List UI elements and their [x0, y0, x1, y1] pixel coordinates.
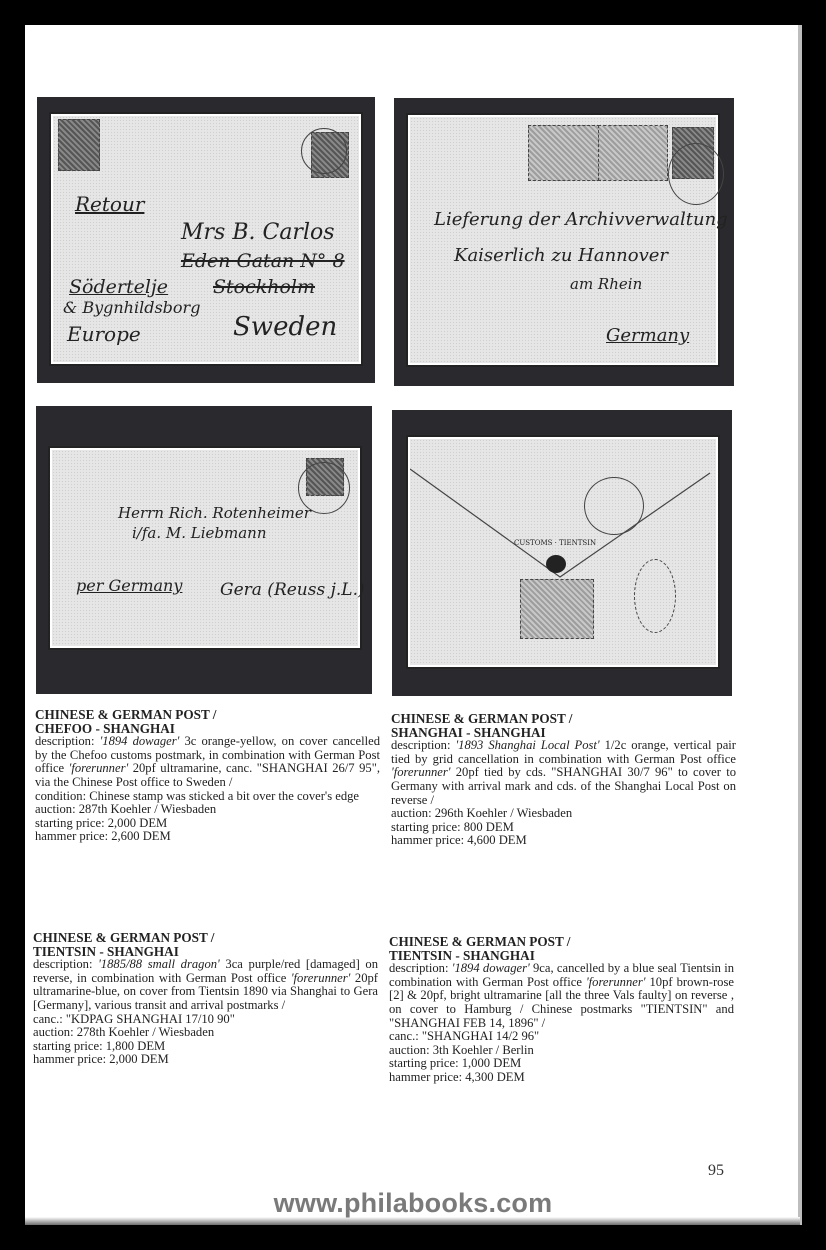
lot-route: CHEFOO - SHANGHAI	[35, 722, 380, 736]
lot-starting-price: starting price: 2,000 DEM	[35, 817, 380, 831]
envelope: Retour Mrs B. Carlos Eden Gatan N° 8 Söd…	[51, 114, 361, 364]
description-label: description:	[389, 961, 452, 975]
watermark-url: www.philabooks.com	[0, 1188, 826, 1219]
handwriting: Europe	[67, 322, 141, 346]
handwriting: Germany	[606, 325, 689, 346]
lot-auction: auction: 287th Koehler / Wiesbaden	[35, 803, 380, 817]
lot-description: description: '1894 dowager' 9ca, cancell…	[389, 962, 734, 1030]
envelope: CUSTOMS · TIENTSIN	[408, 437, 718, 667]
page-number: 95	[708, 1162, 724, 1180]
lot-caption: CHINESE & GERMAN POST / SHANGHAI - SHANG…	[391, 712, 736, 848]
handwriting: per Germany	[76, 576, 182, 595]
lot-title: CHINESE & GERMAN POST /	[33, 931, 378, 945]
stamp-shanghai-local-post	[528, 125, 600, 181]
description-label: description:	[35, 734, 100, 748]
lot-starting-price: starting price: 1,800 DEM	[33, 1040, 378, 1054]
forerunner: 'forerunner'	[69, 761, 129, 775]
handwriting: Eden Gatan N° 8	[181, 250, 345, 272]
lot-route: TIENTSIN - SHANGHAI	[33, 945, 378, 959]
handwriting: & Bygnhildsborg	[63, 298, 200, 317]
description-label: description:	[33, 957, 98, 971]
handwriting: Södertelje	[69, 276, 168, 298]
description-label: description:	[391, 738, 455, 752]
handwriting: Herrn Rich. Rotenheimer	[118, 504, 311, 522]
postmark	[301, 128, 347, 174]
photo-cover-tientsin-shanghai-reverse: CUSTOMS · TIENTSIN	[392, 410, 732, 696]
wax-seal	[546, 555, 566, 573]
lot-cancellation: canc.: "KDPAG SHANGHAI 17/10 90"	[33, 1013, 378, 1027]
lot-caption: CHINESE & GERMAN POST / TIENTSIN - SHANG…	[389, 935, 734, 1085]
lot-starting-price: starting price: 800 DEM	[391, 821, 736, 835]
lot-description: description: '1894 dowager' 3c orange-ye…	[35, 735, 380, 789]
photo-cover-tientsin-shanghai: Herrn Rich. Rotenheimer i/fa. M. Liebman…	[36, 406, 372, 694]
lot-auction: auction: 278th Koehler / Wiesbaden	[33, 1026, 378, 1040]
handwriting: Kaiserlich zu Hannover	[454, 245, 668, 266]
lot-hammer-price: hammer price: 2,000 DEM	[33, 1053, 378, 1067]
lot-hammer-price: hammer price: 4,300 DEM	[389, 1071, 734, 1085]
lot-description: description: '1893 Shanghai Local Post' …	[391, 739, 736, 807]
photo-cover-chefoo-shanghai: Retour Mrs B. Carlos Eden Gatan N° 8 Söd…	[37, 97, 375, 383]
handwriting: Lieferung der Archivverwaltung	[434, 209, 728, 230]
envelope: Herrn Rich. Rotenheimer i/fa. M. Liebman…	[50, 448, 360, 648]
lot-title: CHINESE & GERMAN POST /	[35, 708, 380, 722]
stamp-chinese-dowager	[520, 579, 594, 639]
postmark	[584, 477, 644, 535]
handwriting: Stockholm	[213, 276, 315, 298]
lot-condition: condition: Chinese stamp was sticked a b…	[35, 790, 380, 804]
stamp-issue: '1893 Shanghai Local Post'	[455, 738, 599, 752]
stamp-shanghai-local-post	[598, 125, 668, 181]
lot-route: SHANGHAI - SHANGHAI	[391, 726, 736, 740]
stamp-issue: '1885/88 small dragon'	[98, 957, 220, 971]
lot-auction: auction: 3th Koehler / Berlin	[389, 1044, 734, 1058]
lot-description: description: '1885/88 small dragon' 3ca …	[33, 958, 378, 1012]
lot-caption: CHINESE & GERMAN POST / CHEFOO - SHANGHA…	[35, 708, 380, 844]
stamp-issue: '1894 dowager'	[452, 961, 530, 975]
envelope: Lieferung der Archivverwaltung Kaiserlic…	[408, 115, 718, 365]
handwriting: Gera (Reuss j.L.)	[220, 580, 365, 600]
lot-caption: CHINESE & GERMAN POST / TIENTSIN - SHANG…	[33, 931, 378, 1067]
lot-route: TIENTSIN - SHANGHAI	[389, 949, 734, 963]
lot-hammer-price: hammer price: 4,600 DEM	[391, 834, 736, 848]
handwriting: i/fa. M. Liebmann	[132, 524, 267, 542]
postmark	[634, 559, 676, 633]
handwriting: am Rhein	[570, 275, 642, 293]
lot-auction: auction: 296th Koehler / Wiesbaden	[391, 807, 736, 821]
forerunner: 'forerunner'	[291, 971, 351, 985]
lot-title: CHINESE & GERMAN POST /	[391, 712, 736, 726]
lot-hammer-price: hammer price: 2,600 DEM	[35, 830, 380, 844]
stamp-issue: '1894 dowager'	[100, 734, 180, 748]
photo-cover-shanghai-shanghai: Lieferung der Archivverwaltung Kaiserlic…	[394, 98, 734, 386]
customs-mark: CUSTOMS · TIENTSIN	[514, 539, 596, 547]
lot-cancellation: canc.: "SHANGHAI 14/2 96"	[389, 1030, 734, 1044]
forerunner: 'forerunner'	[586, 975, 646, 989]
stamp-chinese	[58, 119, 100, 171]
handwriting: Retour	[75, 192, 144, 216]
handwriting: Mrs B. Carlos	[181, 220, 335, 245]
lot-title: CHINESE & GERMAN POST /	[389, 935, 734, 949]
handwriting: Sweden	[233, 312, 337, 342]
lot-starting-price: starting price: 1,000 DEM	[389, 1057, 734, 1071]
page-edge	[798, 25, 802, 1225]
forerunner: 'forerunner'	[391, 765, 451, 779]
postmark	[668, 143, 724, 205]
